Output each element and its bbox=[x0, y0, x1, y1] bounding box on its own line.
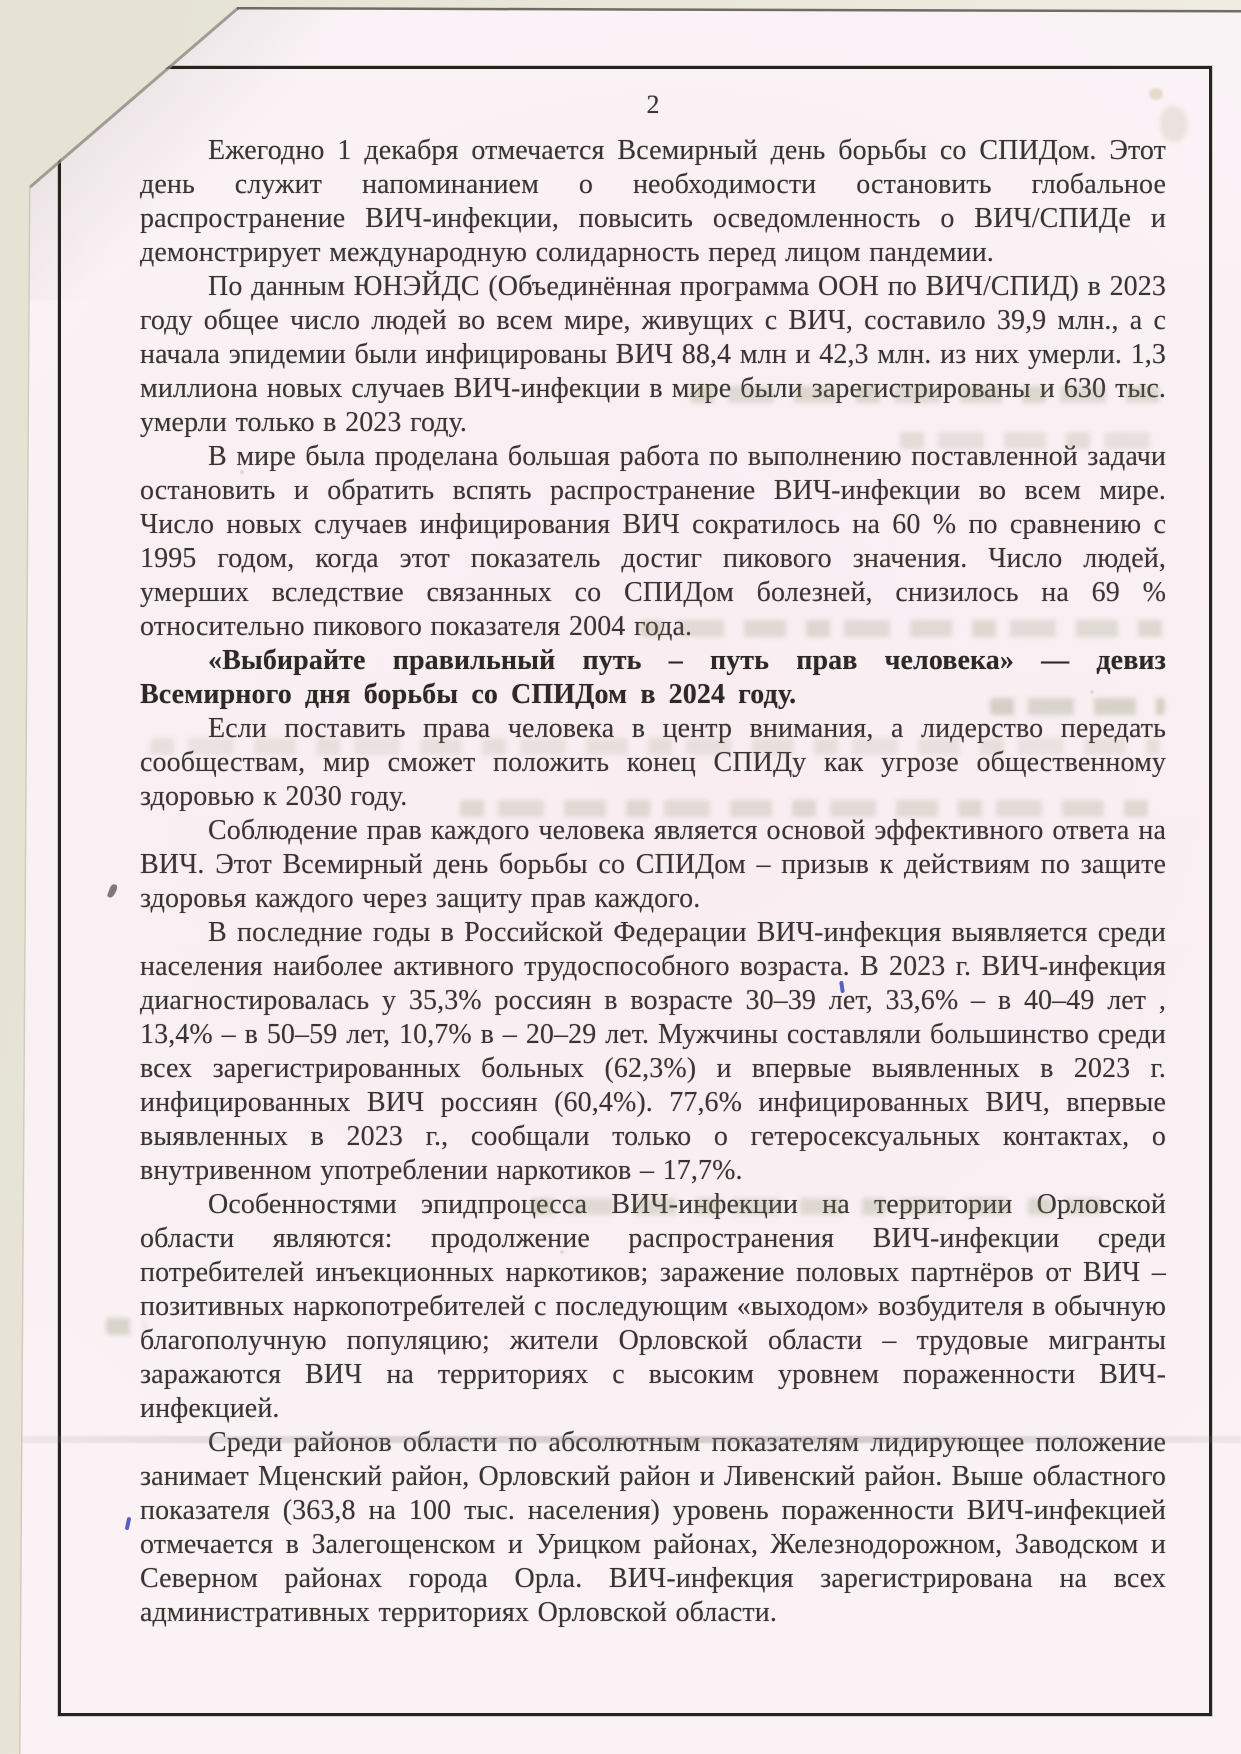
paper-top-edge-line bbox=[237, 8, 1241, 11]
fold-edge-line bbox=[29, 7, 237, 186]
scan-edge-artifacts bbox=[0, 0, 1241, 1754]
scanned-document-page: 2 Ежегодно 1 декабря отмечается Всемирны… bbox=[0, 0, 1241, 1754]
paper-left-edge-line bbox=[19, 186, 29, 1754]
paper-sheet: 2 Ежегодно 1 декабря отмечается Всемирны… bbox=[0, 0, 1241, 1754]
